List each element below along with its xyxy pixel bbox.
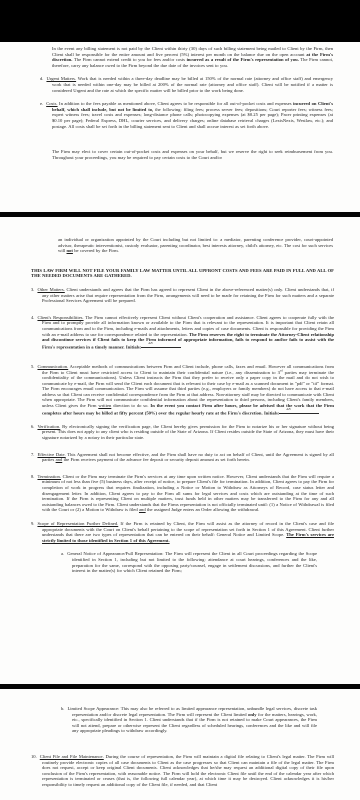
text-run: Client's Responsibilities. [37,315,83,320]
text-run: Urgent Matters. [46,76,76,81]
text-run: Effective Date. [37,452,65,457]
clause-8-termination: 8.Termination. Client or the Firm may te… [31,474,334,513]
text-run: During the course of representation, the… [42,754,334,787]
list-marker: 6. [31,424,34,429]
text-run: Scope of Representation Further Defined. [37,521,118,526]
list-marker: 8. [31,474,34,479]
text-run: the assigned Judge enters an Order allow… [146,507,260,512]
text-run: Client File and File Maintenance. [40,754,104,759]
clause-5-communication: 5.Communication. Acceptable methods of c… [31,364,334,416]
handwritten-initials: AB [148,341,152,347]
text-run: THIS LAW FIRM WILL NOT FILE YOUR FAMILY … [31,268,334,279]
court-appointee-continuation-paragraph: an individual or organization appointed … [58,237,333,254]
clause-9b-limited-scope: b.Limited Scope Appearance: This may als… [61,706,317,734]
document-page-1: In the event any billing statement is no… [0,42,360,212]
clause-10-client-file-maintenance: 10.Client File and File Maintenance. Dur… [31,754,334,788]
text-run: written [98,403,111,408]
list-marker: 5. [31,364,34,369]
handwritten-initials: AB [286,407,290,413]
list-marker: 7. [31,452,34,457]
document-page-3: b.Limited Scope Appearance: This may als… [0,689,360,800]
list-marker: 3. [31,287,34,292]
text-run: the Firm receives payment of the advance… [62,457,250,462]
text-run: direction to do so. [111,403,150,408]
text-run: By electronically signing the verificati… [42,424,334,440]
pdf-document-viewer[interactable]: In the event any billing statement is no… [0,0,360,800]
text-run: The Firm cannot extend credit to you for… [72,57,186,62]
text-run: In the event any billing statement is no… [52,46,333,57]
list-marker: b. [61,706,64,711]
billing-statement-paragraph: In the event any billing statement is no… [52,46,333,68]
clause-4-client-responsibilities: 4.Client's Responsibilities. The Firm ca… [31,315,334,350]
initials-line[interactable]: AB [279,409,319,415]
text-run: and [139,507,146,512]
clause-e-costs: e.Costs. In addition to the fees payable… [40,101,333,129]
text-run: The Firm may elect to cover certain out-… [52,149,333,160]
document-page-2: an individual or organization appointed … [0,217,360,684]
text-run: be covered by the Firm. [73,248,119,253]
list-marker: 10. [31,754,37,759]
clause-d-urgent-matters: d.Urgent Matters. Work that is needed wi… [40,76,333,93]
clause-9a-general-notice: a.General Notice of Appearance/Full Repr… [61,551,317,573]
text-run: Work that is needed within a three-day d… [52,76,333,92]
text-run: Other Matters. [37,287,64,292]
clause-6-verification: 6.Verification. By electronically signin… [31,424,334,441]
list-marker: 4. [31,315,34,320]
initials-line[interactable]: AB [141,343,181,349]
text-run: Verification. [37,424,60,429]
viewer-top-black-bar [0,0,360,42]
list-marker: a. [61,551,64,556]
list-marker: e. [40,101,43,106]
text-run: Client understands and agrees that the F… [42,287,334,303]
text-run: Communication. [37,364,68,369]
list-marker: d. [40,76,43,81]
clause-7-effective-date: 7.Effective Date. This Agreement shall n… [31,452,334,463]
clause-9-scope-of-representation: 9.Scope of Representation Further Define… [31,521,334,543]
upfront-costs-notice-heading: THIS LAW FIRM WILL NOT FILE YOUR FAMILY … [31,268,334,279]
text-run: Termination. [37,474,61,479]
costs-continuation-paragraph: The Firm may elect to cover certain out-… [52,149,333,160]
clause-3-other-matters: 3.Other Matters. Client understands and … [31,287,334,304]
text-run: General Notice of Appearance/Full Repres… [67,551,317,573]
text-run: Costs. [46,101,57,106]
list-marker: 9. [31,521,34,526]
text-run: incurred as a result of the Firm's repre… [187,57,299,62]
text-run: only [248,712,256,717]
text-run: In addition to the fees payable as menti… [58,101,294,106]
